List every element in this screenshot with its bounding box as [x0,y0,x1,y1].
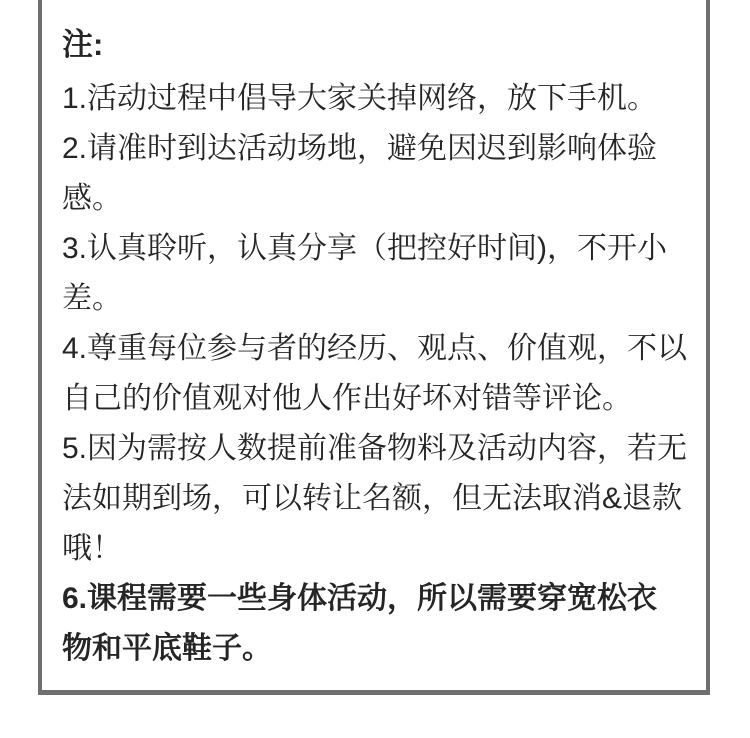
note-item-2-line-2: 感。 [62,174,694,224]
note-item-6-line-1: 6.课程需要一些身体活动，所以需要穿宽松衣 [62,574,694,624]
note-item-5-line-2: 法如期到场，可以转让名额，但无法取消&退款 [62,474,694,524]
note-item-4-line-2: 自己的价值观对他人作出好坏对错等评论。 [62,374,694,424]
note-item-5-line-1: 5.因为需按人数提前准备物料及活动内容，若无 [62,424,694,474]
notes-card: 注: 1.活动过程中倡导大家关掉网络，放下手机。 2.请准时到达活动场地，避免因… [38,0,710,695]
note-item-3-line-2: 差。 [62,274,694,324]
note-item-2-line-1: 2.请准时到达活动场地，避免因迟到影响体验 [62,124,694,174]
note-item-5-line-3: 哦！ [62,524,694,574]
note-item-1-line-1: 1.活动过程中倡导大家关掉网络，放下手机。 [62,74,694,124]
note-item-6-line-2: 物和平底鞋子。 [62,624,694,674]
note-item-3-line-1: 3.认真聆听，认真分享（把控好时间)，不开小 [62,224,694,274]
note-item-4-line-1: 4.尊重每位参与者的经历、观点、价值观，不以 [62,324,694,374]
notes-heading: 注: [62,20,694,70]
